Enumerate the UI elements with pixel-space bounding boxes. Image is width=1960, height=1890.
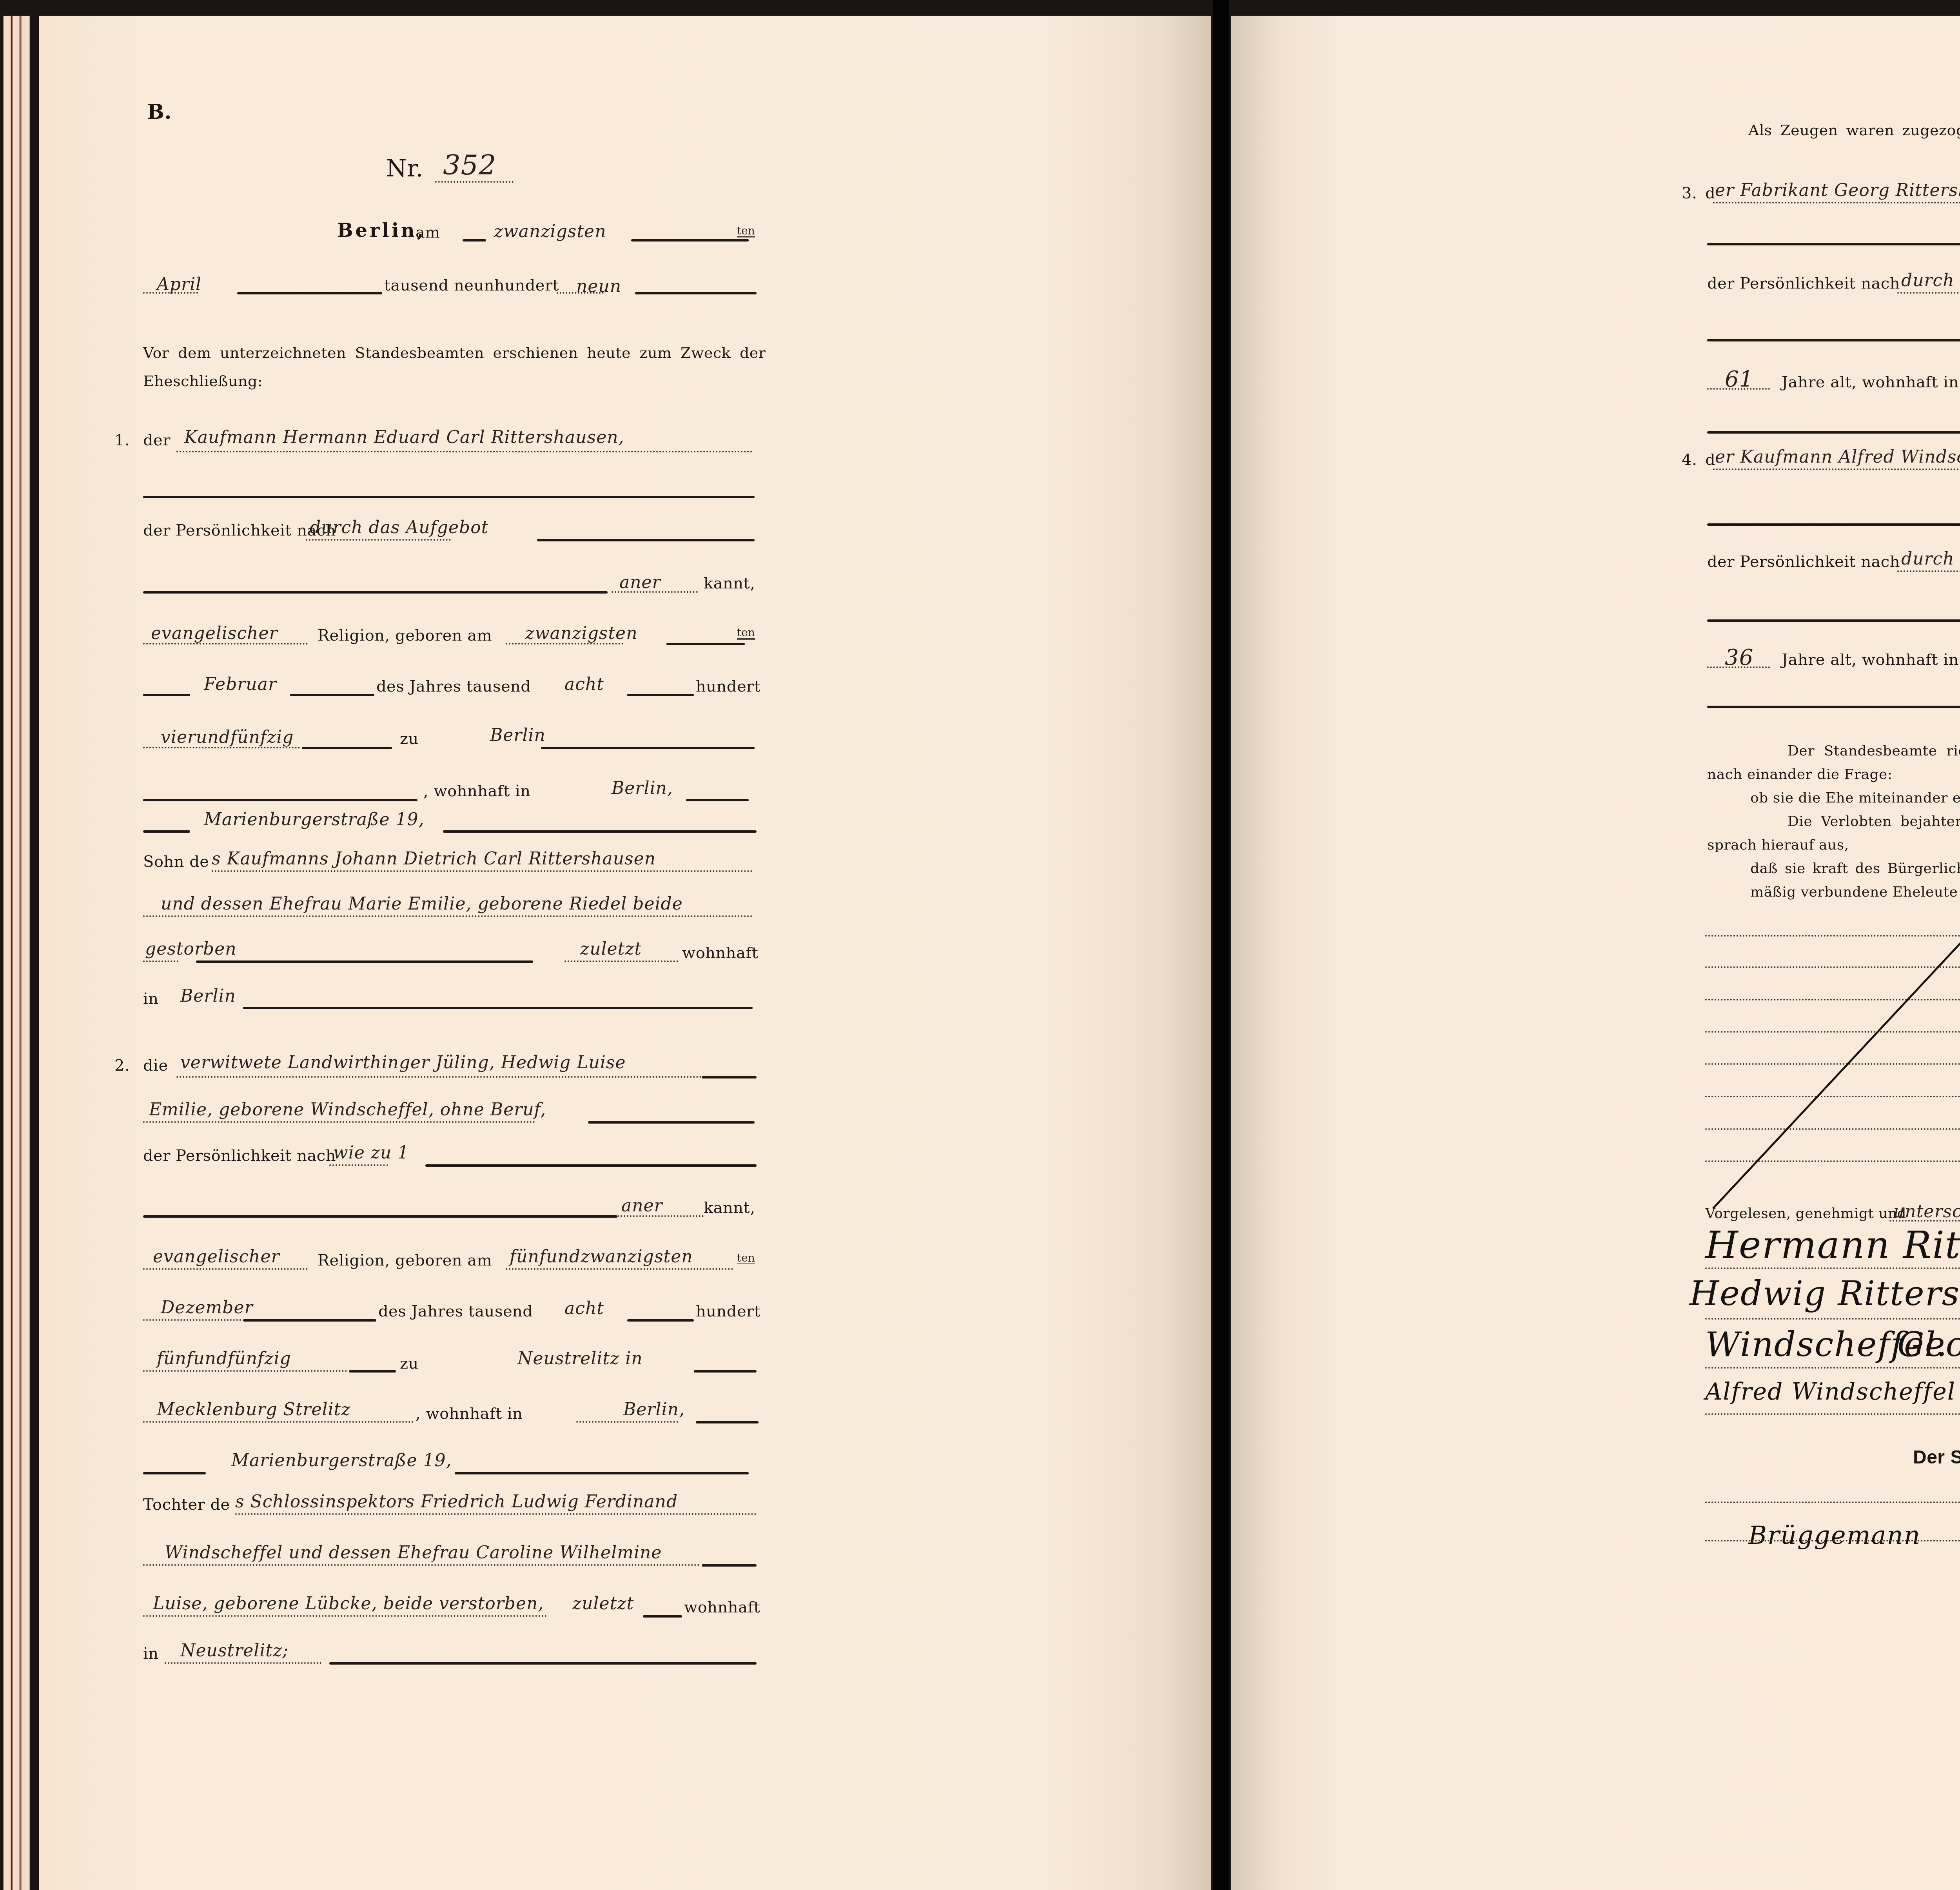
zu-label: zu [400,730,419,748]
century-line [627,694,694,696]
blank-line [1705,966,1960,968]
birthday-line [666,643,745,645]
ten-suffix: ten [737,225,755,238]
person1-name: Kaufmann Hermann Eduard Carl Rittershaus… [184,427,624,447]
identity-label: der Persönlichkeit nach [143,1147,336,1165]
person2-residence: Berlin, [623,1400,685,1420]
person1-birth-month: Februar [204,674,277,694]
parents-residence-line [329,1662,757,1665]
year-label: des Jahres tausend [376,677,531,695]
person2-identity: wie zu 1 [333,1143,409,1163]
signature-line [1705,1413,1960,1415]
blank-line [1705,1063,1960,1065]
intro-line-1: Vor dem unterzeichneten Standesbeamten e… [143,344,766,361]
person1-parents-residence: Berlin [180,986,236,1006]
person1-name-line [176,451,753,452]
birthplace2-line [143,1421,414,1423]
identity-label: der Persönlichkeit nach [1707,274,1900,292]
person2-name-2: Emilie, geborene Windscheffel, ohne Beru… [149,1100,546,1120]
witness3-identity: durch amtlichen Ausweis [1901,271,1960,290]
person2-birth-year: fünfundfünfzig [157,1349,291,1369]
signature-groom: Hermann Rittershausen [1705,1223,1960,1267]
street-line [443,830,757,833]
birthday-line [506,1268,733,1270]
identity-label: der Persönlichkeit nach [143,521,336,539]
person2-known: aner [621,1196,663,1216]
declaration-line-5: sprach hierauf aus, [1707,837,1849,853]
witness3-age: 61 [1725,367,1753,392]
person2-number: 2. [114,1057,130,1075]
witness4-name-line [1713,468,1960,470]
date-year: neun [576,276,621,296]
right-page [1231,16,1960,1890]
birthyear-line [302,747,392,749]
blank-line [1705,1128,1960,1130]
signature-bride: Hedwig Rittershausen geborene [1690,1274,1960,1313]
city-label: Berlin, [337,220,426,241]
person1-known: aner [619,572,661,592]
person2-mother-2: Luise, geborene Lübcke, beide verstorben… [153,1594,544,1614]
zu-label: zu [400,1354,419,1373]
mother2-line [143,1615,547,1617]
person1-mother: und dessen Ehefrau Marie Emilie, geboren… [161,894,683,914]
year-line [635,292,757,294]
declaration-line-1: Der Standesbeamte richtete an die Verlob… [1788,743,1960,759]
person2-street: Marienburgerstraße 19, [231,1451,452,1471]
declaration-line-4: Die Verlobten bejahten diese Frage und d… [1788,813,1960,830]
record-label: Nr. [386,155,423,182]
ten-suffix: ten [737,627,755,640]
am-label: am [416,223,440,241]
intro-line-2: Eheschließung: [143,372,263,390]
birthmonth-line [290,694,374,696]
record-number: 352 [443,149,497,181]
person2-name-line [176,1076,702,1078]
date-line [463,239,486,241]
age-label: Jahre alt, wohnhaft in [1782,651,1959,669]
person1-last-resident: zuletzt [580,939,642,959]
declaration-line-6: daß sie kraft des Bürgerlichen Gesetzbuc… [1750,861,1960,877]
birthplace-line [541,747,755,749]
person1-father: s Kaufmanns Johann Dietrich Carl Ritters… [212,849,656,869]
parents-status-line [564,960,678,962]
mother-line [143,1564,700,1566]
person2-birth-century: acht [564,1298,604,1318]
parents-residence-line [243,1007,753,1009]
person2-parents-residence: Neustrelitz; [180,1641,289,1661]
person2-name-1: verwitwete Landwirthinger Jüling, Hedwig… [180,1053,626,1073]
in-label: in [143,990,159,1008]
birthmonth-line [143,1319,241,1321]
year-label: des Jahres tausend [378,1302,533,1320]
known-line [612,591,698,593]
residence-line [143,799,417,801]
known-line [1707,619,1960,622]
blank-line [1705,1031,1960,1033]
signature-line [1889,1220,1960,1222]
page-stack-edge [3,16,11,1890]
person1-birthplace: Berlin [490,725,546,745]
witness-prefix: d [1705,184,1715,202]
hundert-label: hundert [696,1302,760,1320]
person2-birth-day: fünfundzwanzigsten [510,1247,693,1267]
person2-mother-1: Windscheffel und dessen Ehefrau Caroline… [165,1543,662,1563]
birthmonth-line [143,694,190,696]
mother-line [702,1564,757,1567]
person1-residence: Berlin, [612,778,673,798]
residence-line [576,1421,678,1423]
registrar-title: Der Standesbeamte. [1913,1447,1960,1468]
identity-line [329,1164,388,1166]
page-stack-edge [12,16,20,1890]
parents-status-line [196,960,533,963]
signature-witness3: Georg Rittershausen [1897,1325,1960,1364]
witness4-number: 4. [1682,451,1697,469]
identity-line [425,1164,757,1167]
street-line [143,1472,206,1474]
registrar-line [1705,1501,1960,1503]
residence-line2 [1707,431,1960,434]
birthmonth-line [243,1319,376,1322]
registrar-line [1705,1540,1960,1541]
street-line [455,1472,749,1474]
read-approved-handwritten: unterschrieben [1893,1202,1960,1222]
date-line [631,239,749,241]
witness3-name-line2 [1707,243,1960,245]
person2-birthplace-1: Neustrelitz in [517,1349,643,1369]
parents-status-line [143,960,178,962]
person1-street: Marienburgerstraße 19, [204,810,424,830]
witnesses-heading: Als Zeugen waren zugezogen und erschiene… [1748,122,1960,139]
declaration-line-2: nach einander die Frage: [1707,766,1893,783]
identity-line [306,539,451,541]
year-label: tausend neunhundert [384,276,559,294]
person1-birth-century: acht [564,674,604,694]
person1-name-line2 [143,496,755,498]
religion-line [143,1268,308,1270]
identity-line [537,539,755,541]
wohnhaft-label: wohnhaft [684,1598,760,1616]
century-line [627,1319,694,1322]
known-line [1707,339,1960,341]
witness4-identity: durch Militärpass [1901,549,1960,569]
residence-label: , wohnhaft in [423,782,531,800]
die-label: die [143,1057,168,1075]
witness-prefix: d [1705,451,1715,469]
witness3-name: er Fabrikant Georg Rittershausen, [1715,180,1960,200]
known-line [143,591,608,594]
known-label: kannt, [704,574,755,592]
signature-line [1705,1367,1960,1369]
identity-line [1897,570,1960,572]
blank-line [1705,1096,1960,1097]
person2-religion: evangelischer [153,1247,279,1267]
date-day: zwanzigsten [494,221,606,241]
month-line [237,292,382,294]
blank-line [1705,1160,1960,1162]
registrar-signature: Brüggemann [1748,1521,1921,1550]
father-line [235,1513,757,1515]
person1-number: 1. [114,431,130,449]
form-letter: B. [147,100,172,124]
birthplace-line [694,1370,757,1373]
book-spine [1213,0,1229,1890]
age-label: Jahre alt, wohnhaft in [1782,373,1959,391]
page-stack-edge [20,16,30,1890]
declaration-line-3: ob sie die Ehe miteinander eingehen woll… [1750,790,1960,806]
residence-label: , wohnhaft in [416,1405,523,1423]
person2-birthplace-2: Mecklenburg Strelitz [157,1400,350,1420]
witness4-age: 36 [1725,645,1753,670]
person2-name-line [702,1076,757,1078]
in-label: in [143,1645,159,1663]
person1-religion: evangelischer [151,623,278,643]
person2-name-line2 [588,1121,755,1124]
street-line [143,830,190,833]
identity-line [1897,292,1960,294]
witness4-name: er Kaufmann Alfred Windscheffel, [1715,447,1960,467]
witness4-name-line2 [1707,523,1960,526]
read-approved-label: Vorgelesen, genehmigt und [1705,1206,1906,1222]
declaration-line-7: mäßig verbundene Eheleute seien. [1750,884,1960,900]
person1-birth-day: zwanzigsten [525,623,637,643]
father-line [212,870,753,872]
birthyear-line [349,1370,396,1373]
birthyear-line [143,1370,347,1372]
known-label: kannt, [704,1199,755,1217]
ten-suffix: ten [737,1253,755,1265]
person1-identity: durch das Aufgebot [310,517,488,537]
religion-label: Religion, geboren am [318,626,492,645]
record-number-line [435,181,514,183]
identity-label: der Persönlichkeit nach [1707,553,1900,571]
signature-line [1705,1267,1960,1269]
der-label: der [143,431,171,449]
person2-father: s Schlossinspektors Friedrich Ludwig Fer… [235,1492,678,1512]
signature-witness4: Alfred Windscheffel [1705,1378,1956,1405]
mother2-line [643,1615,682,1618]
person2-birth-month: Dezember [161,1298,253,1318]
signature-line [1705,1318,1960,1320]
mother-line [143,915,753,917]
person2-last-resident: zuletzt [572,1594,634,1614]
witness3-number: 3. [1682,184,1697,202]
blank-line [1705,999,1960,1000]
hundert-label: hundert [696,677,760,695]
parent-label: Sohn de [143,853,209,871]
known-line [143,1215,617,1218]
person1-parents-status: gestorben [145,939,237,959]
known-line [617,1215,704,1217]
residence-line [696,1421,759,1423]
date-month: April [157,274,201,294]
witness3-name-line [1713,202,1960,203]
religion-label: Religion, geboren am [318,1251,492,1269]
person2-name-line2 [143,1121,535,1123]
parent-label: Tochter de [143,1496,230,1514]
wohnhaft-label: wohnhaft [682,944,758,962]
residence-line [686,799,749,801]
blank-line [1705,935,1960,937]
person1-birth-year: vierundfünfzig [161,727,294,747]
parents-residence-line [165,1662,321,1664]
residence-line2 [1707,706,1960,708]
